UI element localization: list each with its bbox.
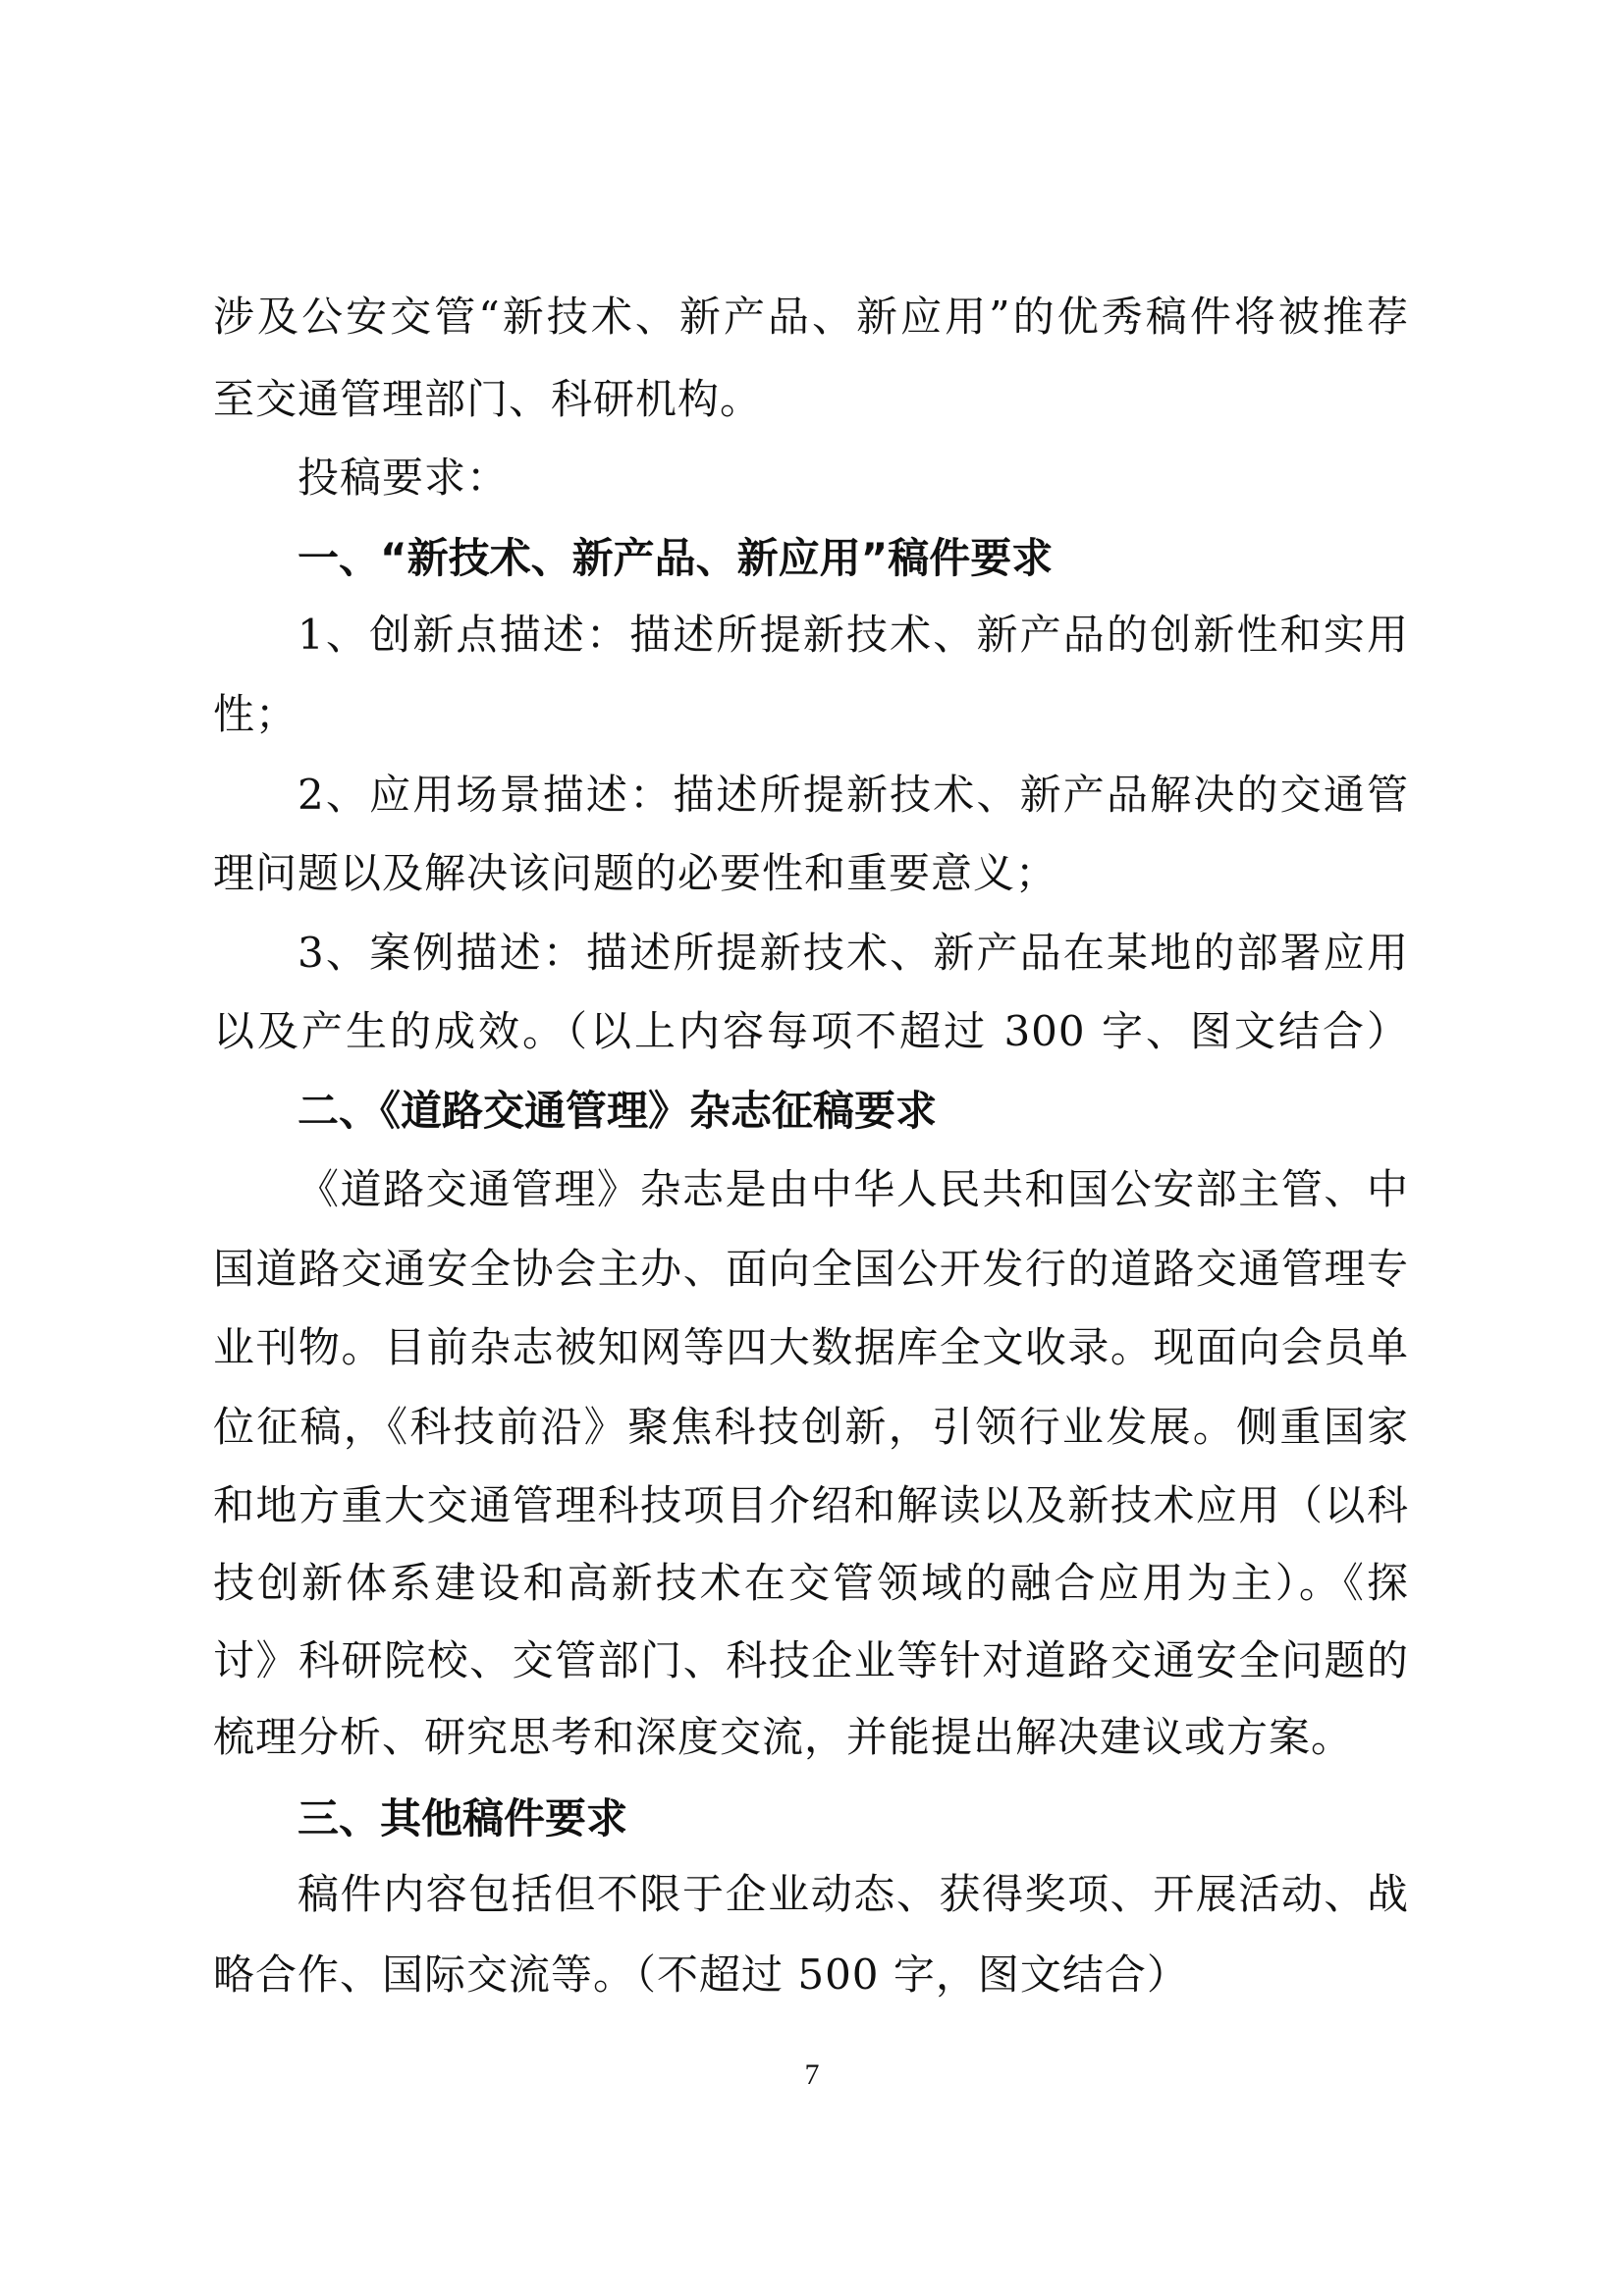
paragraph-line: 和地方重大交通管理科技项目介绍和解读以及新技术应用（以科 <box>213 1467 1409 1545</box>
paragraph-line: 涉及公安交管“新技术、新产品、新应用”的优秀稿件将被推荐 <box>213 278 1409 356</box>
paragraph-line: 《道路交通管理》杂志是由中华人民共和国公安部主管、中 <box>213 1150 1409 1229</box>
paragraph-line: 以及产生的成效。（以上内容每项不超过 300 字、图文结合） <box>213 992 1409 1071</box>
list-item-1: 1、创新点描述：描述所提新技术、新产品的创新性和实用 <box>213 596 1409 674</box>
paragraph-line: 略合作、国际交流等。（不超过 500 字，图文结合） <box>213 1936 1409 2014</box>
section-heading-3: 三、其他稿件要求 <box>213 1780 1409 1858</box>
paragraph-line: 位征稿，《科技前沿》聚焦科技创新，引领行业发展。侧重国家 <box>213 1388 1409 1467</box>
paragraph-line: 至交通管理部门、科研机构。 <box>213 360 1409 439</box>
paragraph-line: 国道路交通安全协会主办、面向全国公开发行的道路交通管理专 <box>213 1230 1409 1308</box>
document-page: 涉及公安交管“新技术、新产品、新应用”的优秀稿件将被推荐 至交通管理部门、科研机… <box>0 0 1624 2296</box>
paragraph-line: 讨》科研院校、交管部门、科技企业等针对道路交通安全问题的 <box>213 1622 1409 1700</box>
paragraph-line: 技创新体系建设和高新技术在交管领域的融合应用为主）。《探 <box>213 1544 1409 1623</box>
paragraph-line: 梳理分析、研究思考和深度交流，并能提出解决建议或方案。 <box>213 1698 1409 1777</box>
paragraph-line: 性； <box>213 675 1409 754</box>
page-number: 7 <box>763 2054 861 2097</box>
list-item-3: 3、案例描述：描述所提新技术、新产品在某地的部署应用 <box>213 914 1409 992</box>
section-heading-2: 二、《道路交通管理》杂志征稿要求 <box>213 1072 1409 1150</box>
paragraph-line: 稿件内容包括但不限于企业动态、获得奖项、开展活动、战 <box>213 1855 1409 1934</box>
paragraph-line: 业刊物。目前杂志被知网等四大数据库全文收录。现面向会员单 <box>213 1308 1409 1387</box>
list-item-2: 2、应用场景描述：描述所提新技术、新产品解决的交通管 <box>213 756 1409 834</box>
submission-requirements-label: 投稿要求： <box>213 439 1409 517</box>
paragraph-line: 理问题以及解决该问题的必要性和重要意义； <box>213 834 1409 913</box>
section-heading-1: 一、“新技术、新产品、新应用”稿件要求 <box>213 519 1409 598</box>
